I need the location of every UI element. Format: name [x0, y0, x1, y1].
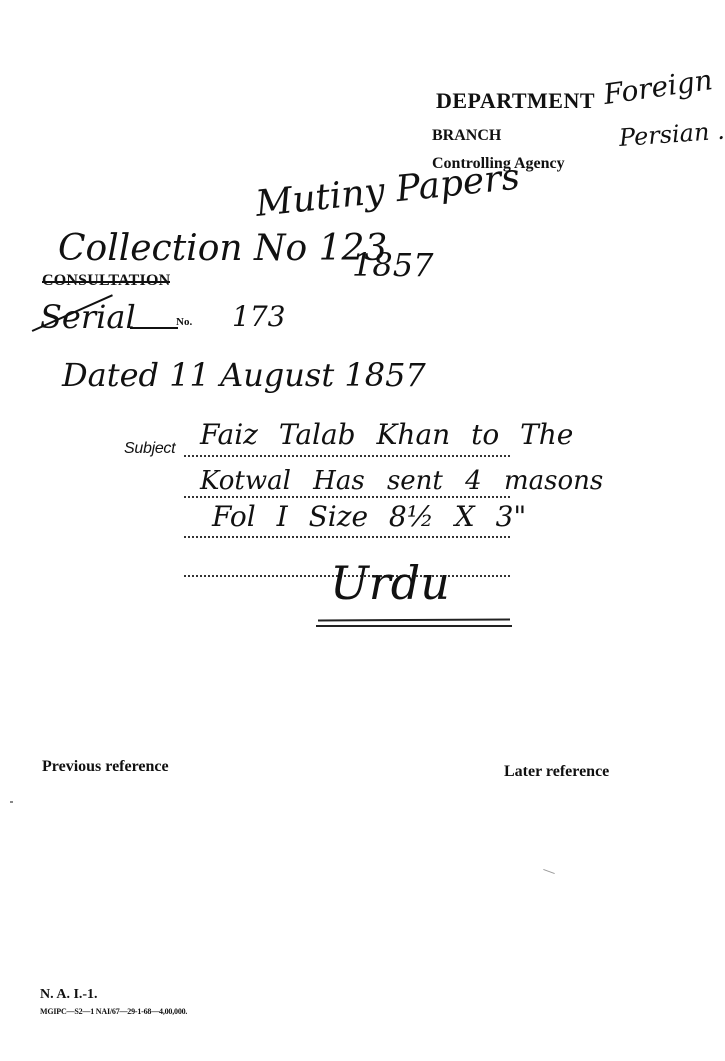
previous-reference-label: Previous reference — [42, 758, 169, 776]
language-underline-1 — [318, 618, 510, 621]
scan-speck — [10, 801, 13, 803]
collection-title: Mutiny Papers — [254, 157, 522, 225]
no-label: No. — [176, 316, 192, 328]
consultation-label: CONSULTATION — [42, 272, 170, 290]
department-value: Foreign — [601, 63, 714, 111]
subject-dotted-line-3 — [184, 536, 510, 538]
serial-word: Serial — [40, 298, 136, 336]
form-code: N. A. I.-1. — [40, 987, 98, 1003]
branch-label: BRANCH — [432, 127, 501, 145]
serial-number: 173 — [232, 300, 285, 333]
collection-number: Collection No 123 — [58, 228, 387, 269]
language-value: Urdu — [330, 556, 450, 610]
department-label: DEPARTMENT — [436, 88, 595, 114]
dated-line: Dated 11 August 1857 — [62, 356, 426, 394]
serial-underline — [130, 327, 178, 329]
branch-value: Persian . — [618, 117, 725, 152]
subject-line-1: Faiz Talab Khan to The — [200, 418, 573, 451]
later-reference-label: Later reference — [504, 763, 609, 781]
scan-speck — [543, 869, 555, 874]
subject-line-2: Kotwal Has sent 4 masons — [200, 466, 603, 496]
language-underline-2 — [316, 625, 512, 627]
collection-year: 1857 — [352, 246, 433, 284]
subject-dotted-line-1 — [184, 455, 510, 457]
subject-line-3: Fol I Size 8½ X 3" — [212, 500, 526, 533]
subject-label: Subject — [124, 440, 175, 458]
strikethrough-line — [42, 281, 170, 283]
printer-line: MGIPC—S2—1 NAI/67—29-1-68—4,00,000. — [40, 1007, 187, 1016]
subject-dotted-line-2 — [184, 496, 510, 498]
